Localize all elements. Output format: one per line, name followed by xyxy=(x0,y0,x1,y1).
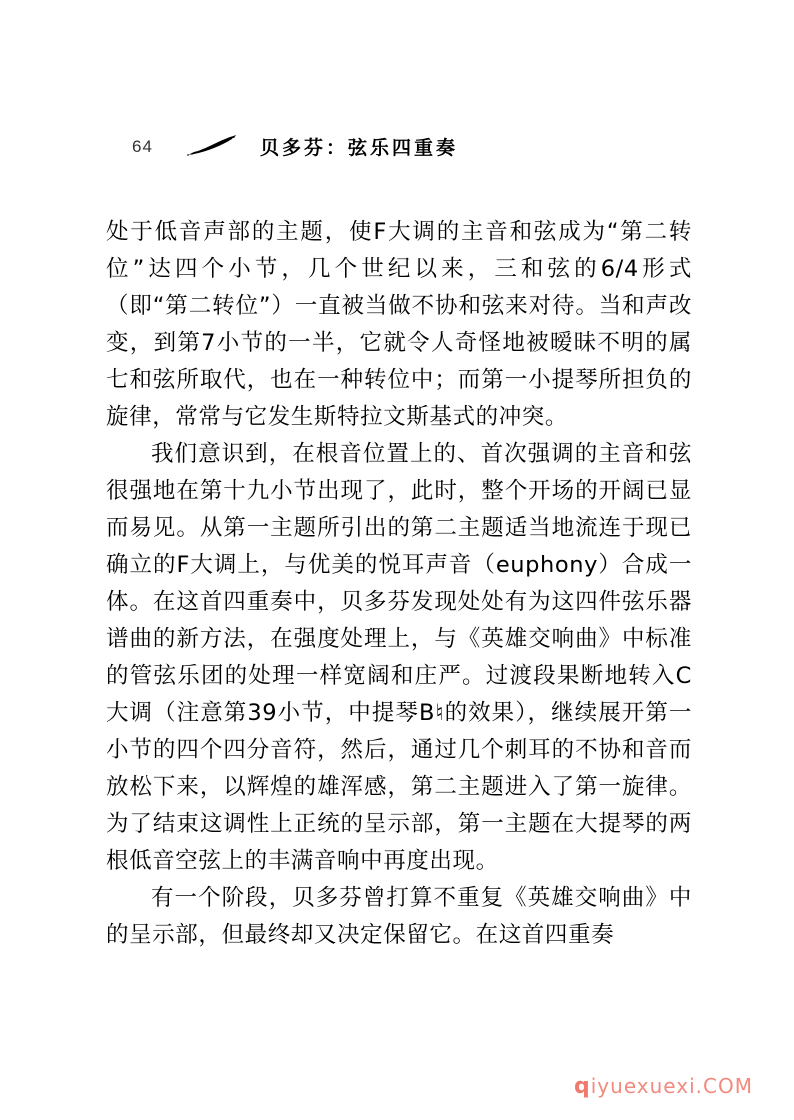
body-text: 处于低音声部的主题，使F大调的主音和弦成为“第二转位”达四个小节，几个世纪以来，… xyxy=(106,214,692,954)
watermark: qiyuexuexi.COM xyxy=(574,1074,753,1099)
watermark-text: iyuexuexi.COM xyxy=(591,1074,753,1098)
running-head: 64 贝多芬：弦乐四重奏 xyxy=(132,133,532,159)
paragraph: 处于低音声部的主题，使F大调的主音和弦成为“第二转位”达四个小节，几个世纪以来，… xyxy=(106,214,692,436)
paragraph: 我们意识到，在根音位置上的、首次强调的主音和弦很强地在第十九小节出现了，此时，整… xyxy=(106,436,692,880)
watermark-logo-letter: q xyxy=(574,1074,591,1099)
quill-pen-icon xyxy=(184,133,244,157)
paragraph: 有一个阶段，贝多芬曾打算不重复《英雄交响曲》中的呈示部，但最终却又决定保留它。在… xyxy=(106,880,692,954)
book-title: 贝多芬：弦乐四重奏 xyxy=(260,133,458,160)
page-number: 64 xyxy=(132,137,153,157)
